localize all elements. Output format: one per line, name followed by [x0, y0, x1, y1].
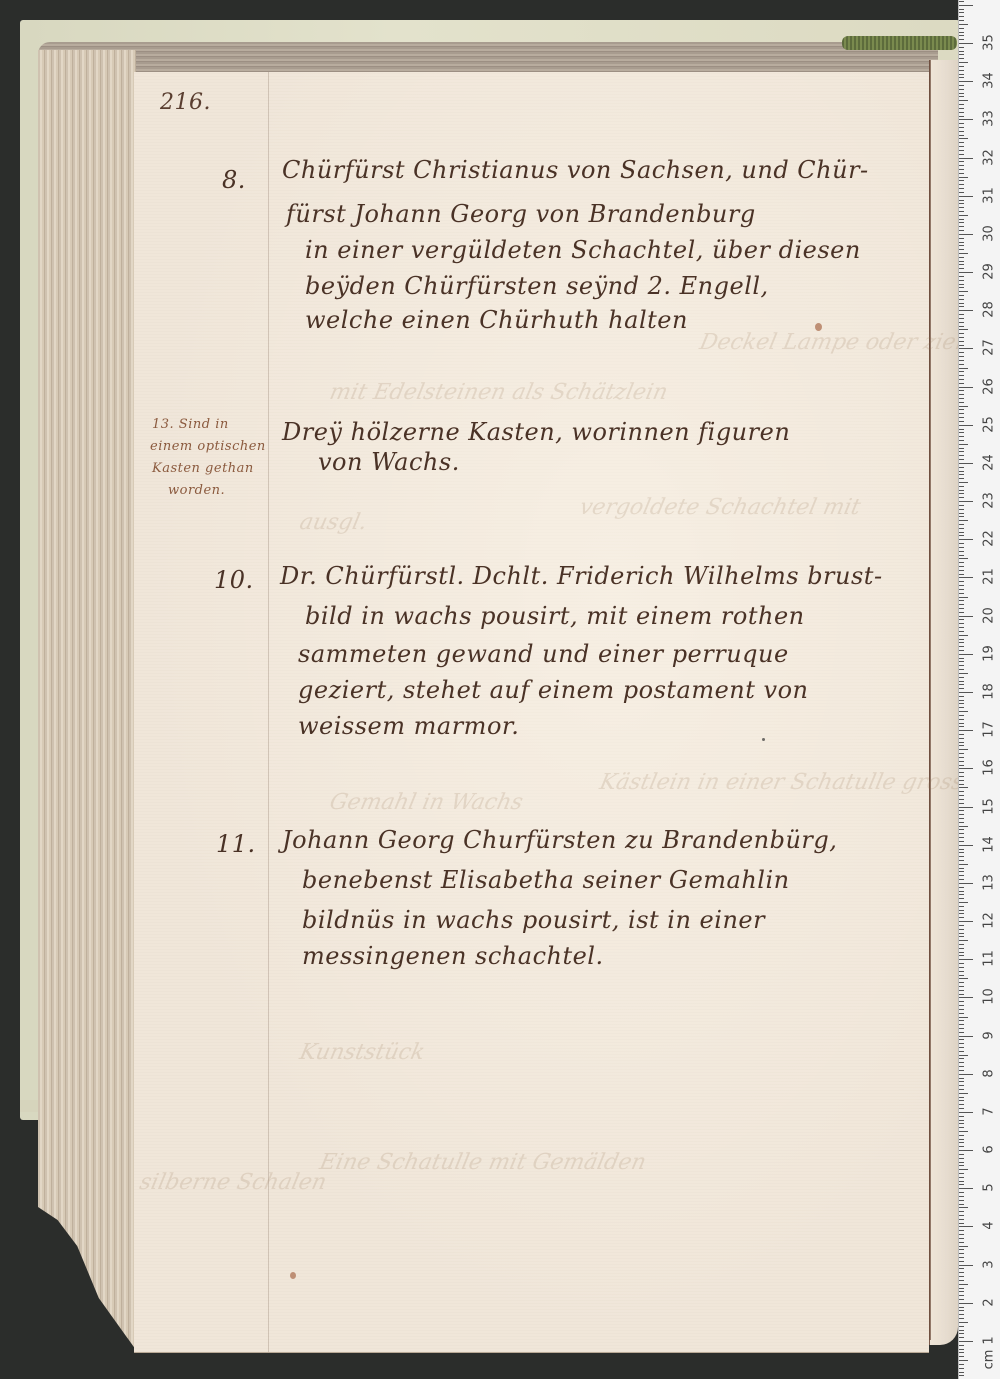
ruler-tick: [959, 257, 964, 258]
ruler-tick: [959, 841, 964, 842]
ruler-tick: [959, 868, 964, 869]
ruler-tick: [959, 1013, 964, 1014]
ruler-tick: [959, 1055, 968, 1056]
ruler-tick: [959, 287, 964, 288]
ruler-tick: [959, 409, 964, 410]
ruler-tick: [959, 184, 964, 185]
ruler-tick: [959, 1100, 964, 1101]
ruler-tick: [959, 1017, 968, 1018]
ruler-tick: [959, 994, 964, 995]
ruler-tick: [959, 978, 968, 979]
ruler-tick: [959, 219, 964, 220]
entry-line: bildnüs in wachs pousirt, ist in einer: [302, 906, 765, 934]
ruler-tick: [959, 24, 968, 25]
ruler-label: 25: [982, 412, 997, 436]
ruler-tick: [959, 425, 973, 426]
ruler-tick: [959, 581, 964, 582]
ruler-tick: [959, 169, 964, 170]
ruler-tick: [959, 665, 964, 666]
ruler-label: 3: [982, 1252, 997, 1276]
ruler-tick: [959, 681, 964, 682]
ruler-tick: [959, 1360, 968, 1361]
ruler-tick: [959, 577, 973, 578]
ruler-tick: [959, 127, 964, 128]
ruler-tick: [959, 192, 964, 193]
ruler-tick: [959, 77, 964, 78]
entry-line: Johann Georg Churfürsten zu Brandenbürg,: [282, 826, 837, 854]
ruler-tick: [959, 910, 964, 911]
ruler-tick: [959, 539, 973, 540]
entry-line: benebenst Elisabetha seiner Gemahlin: [302, 866, 790, 894]
entry-line: Dr. Chürfürstl. Dchlt. Friderich Wilhelm…: [280, 562, 883, 590]
ruler-tick: [959, 597, 968, 598]
ruler-tick: [959, 1207, 968, 1208]
ruler-tick: [959, 593, 964, 594]
ruler-tick: [959, 982, 964, 983]
margin-note-line: Kasten gethan: [152, 458, 254, 480]
ruler-tick: [959, 486, 964, 487]
ruler-tick: [959, 306, 964, 307]
ruler-tick: [959, 379, 964, 380]
ruler-tick: [959, 791, 964, 792]
bleed-through-text: Kästlein in einer Schatulle gross: [597, 770, 965, 795]
ruler-tick: [959, 135, 964, 136]
ruler-tick: [959, 1150, 973, 1151]
ruler-tick: [959, 768, 973, 769]
ruler-tick: [959, 757, 964, 758]
ruler-tick: [959, 1047, 964, 1048]
ruler-tick: [959, 482, 968, 483]
ruler-tick: [959, 1265, 973, 1266]
ruler-tick: [959, 997, 973, 998]
ruler-tick: [959, 520, 968, 521]
ruler-tick: [959, 322, 964, 323]
ruler-tick: [959, 1188, 973, 1189]
ruler-tick: [959, 814, 964, 815]
ruler-tick: [959, 1196, 964, 1197]
ruler-tick: [959, 1330, 964, 1331]
ruler-tick: [959, 1356, 964, 1357]
ruler-tick: [959, 1246, 968, 1247]
ruler-tick: [959, 196, 973, 197]
entry-line: in einer vergüldeten Schachtel, über die…: [305, 236, 861, 264]
ruler-tick: [959, 116, 964, 117]
ruler-tick: [959, 745, 964, 746]
ruler-tick: [959, 509, 964, 510]
ruler-label: 17: [982, 718, 997, 742]
ruler-tick: [959, 1341, 973, 1342]
ruler-tick: [959, 345, 964, 346]
ruler-tick: [959, 944, 964, 945]
ruler-tick: [959, 1333, 964, 1334]
ruler-tick: [959, 158, 973, 159]
ruler-tick: [959, 1116, 964, 1117]
ruler-tick: [959, 765, 964, 766]
ruler-tick: [959, 696, 964, 697]
ruler-tick: [959, 650, 964, 651]
ruler-tick: [959, 795, 964, 796]
ruler-tick: [959, 284, 964, 285]
ruler-label: 9: [982, 1023, 997, 1047]
ruler-tick: [959, 936, 964, 937]
ruler-tick: [959, 933, 964, 934]
ruler-tick: [959, 74, 964, 75]
ruler-tick: [959, 532, 964, 533]
ruler-tick: [959, 784, 964, 785]
ruler-label: 34: [982, 69, 997, 93]
ruler-tick: [959, 368, 968, 369]
ruler-tick: [959, 948, 964, 949]
entry-line: sammeten gewand und einer perruque: [298, 640, 789, 668]
ruler-tick: [959, 703, 964, 704]
ruler-tick: [959, 291, 968, 292]
ruler-tick: [959, 524, 964, 525]
ruler-tick: [959, 1032, 964, 1033]
ruler-tick: [959, 677, 964, 678]
ruler-tick: [959, 272, 973, 273]
ruler-tick: [959, 226, 964, 227]
ruler-tick: [959, 268, 964, 269]
ruler-tick: [959, 1051, 964, 1052]
ruler-tick: [959, 845, 973, 846]
ruler-tick: [959, 707, 964, 708]
gutter-fold: [929, 60, 931, 1340]
ruler-tick: [959, 547, 964, 548]
ruler-tick: [959, 646, 964, 647]
ruler-tick: [959, 215, 968, 216]
ruler-tick: [959, 1375, 964, 1376]
entry-line: fürst Johann Georg von Brandenburg: [286, 200, 756, 228]
entry-number: 8.: [222, 166, 246, 194]
ruler-tick: [959, 837, 964, 838]
ruler-tick: [959, 390, 964, 391]
ruler-label: 5: [982, 1176, 997, 1200]
ruler-tick: [959, 352, 964, 353]
ruler-tick: [959, 871, 964, 872]
ruler-label: 7: [982, 1099, 997, 1123]
ruler-tick: [959, 1058, 964, 1059]
entry-number: 11.: [216, 830, 256, 858]
ruler-tick: [959, 1139, 964, 1140]
ruler-tick: [959, 432, 964, 433]
ruler-label: 23: [982, 489, 997, 513]
ruler-tick: [959, 1349, 964, 1350]
ruler-tick: [959, 35, 964, 36]
ruler-tick: [959, 734, 964, 735]
ruler-tick: [959, 917, 964, 918]
ruler-tick: [959, 742, 964, 743]
ruler-tick: [959, 51, 964, 52]
ruler-tick: [959, 188, 964, 189]
ruler-tick: [959, 639, 964, 640]
ruler-tick: [959, 715, 964, 716]
ruler-tick: [959, 940, 968, 941]
ruler-tick: [959, 654, 973, 655]
ruler-tick: [959, 1257, 964, 1258]
ruler-label: 20: [982, 603, 997, 627]
margin-note-line: worden.: [168, 480, 225, 502]
ruler-tick: [959, 849, 964, 850]
entry-line: geziert, stehet auf einem postament von: [298, 676, 809, 704]
ruler-tick: [959, 1154, 964, 1155]
ruler-tick: [959, 459, 964, 460]
ruler-tick: [959, 451, 964, 452]
ruler-tick: [959, 43, 973, 44]
ruler-tick: [959, 1238, 964, 1239]
ruler-tick: [959, 264, 964, 265]
ruler-tick: [959, 150, 964, 151]
ruler-tick: [959, 96, 964, 97]
ruler-tick: [959, 1291, 964, 1292]
ruler-tick: [959, 879, 964, 880]
ruler-tick: [959, 1337, 964, 1338]
ruler-tick: [959, 963, 964, 964]
ruler-tick: [959, 711, 968, 712]
ruler-tick: [959, 9, 964, 10]
ruler-tick: [959, 413, 964, 414]
ruler-tick: [959, 295, 964, 296]
margin-note-line: 13. Sind in: [152, 414, 229, 436]
ruler-tick: [959, 1204, 964, 1205]
ruler-tick: [959, 131, 964, 132]
ruler-tick: [959, 1074, 973, 1075]
ruler-tick: [959, 93, 964, 94]
ruler-tick: [959, 1368, 964, 1369]
ruler-tick: [959, 261, 964, 262]
ruler-tick: [959, 883, 973, 884]
ruler-tick: [959, 280, 964, 281]
ruler-tick: [959, 562, 964, 563]
ruler-tick: [959, 585, 964, 586]
ruler-tick: [959, 1123, 964, 1124]
ruler-tick: [959, 490, 964, 491]
ruler-tick: [959, 429, 964, 430]
ruler-label: 32: [982, 145, 997, 169]
ruler-label: 29: [982, 260, 997, 284]
ruler-tick: [959, 100, 968, 101]
ruler-tick: [959, 200, 964, 201]
manuscript-scan: Deckel Lampe oder zierliche mit Edelstei…: [0, 0, 1000, 1379]
ruler-tick: [959, 566, 964, 567]
green-headband: [842, 36, 957, 50]
ruler-label: 28: [982, 298, 997, 322]
ruler-tick: [959, 642, 964, 643]
ruler-tick: [959, 692, 973, 693]
ruler-tick: [959, 555, 964, 556]
ruler-tick: [959, 58, 964, 59]
ruler-tick: [959, 505, 964, 506]
ruler-tick: [959, 112, 964, 113]
bleed-through-text: Deckel Lampe oder zierliche: [697, 330, 1000, 355]
ruler-tick: [959, 726, 964, 727]
ruler-tick: [959, 803, 964, 804]
ruler-tick: [959, 574, 964, 575]
bleed-through-text: vergoldete Schachtel mit: [577, 495, 862, 520]
ruler-label: 21: [982, 565, 997, 589]
ruler-tick: [959, 807, 973, 808]
ruler-tick: [959, 360, 964, 361]
ruler-label: 16: [982, 756, 997, 780]
ruler-tick: [959, 1184, 964, 1185]
ruler-tick: [959, 959, 973, 960]
ruler-tick: [959, 612, 964, 613]
ruler-tick: [959, 619, 964, 620]
ruler-tick: [959, 463, 973, 464]
ruler-tick: [959, 1295, 964, 1296]
ruler-tick: [959, 364, 964, 365]
ruler-tick: [959, 1200, 964, 1201]
ruler-tick: [959, 730, 973, 731]
ruler-tick: [959, 1127, 964, 1128]
ruler-tick: [959, 234, 973, 235]
ruler-tick: [959, 119, 973, 120]
ruler-tick: [959, 341, 964, 342]
ruler-tick: [959, 1020, 964, 1021]
ruler-tick: [959, 570, 964, 571]
ruler-tick: [959, 543, 964, 544]
entry-line: von Wachs.: [318, 448, 460, 476]
ruler-tick: [959, 493, 964, 494]
ruler-tick: [959, 829, 964, 830]
ruler-label: 11: [982, 947, 997, 971]
ruler-tick: [959, 142, 964, 143]
ruler-tick: [959, 1070, 964, 1071]
ruler-tick: [959, 1169, 968, 1170]
ruler-label: 22: [982, 527, 997, 551]
ruler-label: 2: [982, 1290, 997, 1314]
ruler-tick: [959, 608, 964, 609]
ruler-tick: [959, 875, 964, 876]
ruler-tick: [959, 558, 968, 559]
ruler-tick: [959, 1310, 964, 1311]
ruler-tick: [959, 589, 964, 590]
ruler-tick: [959, 1284, 968, 1285]
ruler-tick: [959, 967, 964, 968]
ruler-tick: [959, 898, 964, 899]
ruler-tick: [959, 398, 964, 399]
cm-ruler: cm 1234567891011121314151617181920212223…: [958, 0, 1000, 1379]
ruler-tick: [959, 1177, 964, 1178]
ruler-tick: [959, 444, 968, 445]
ruler-tick: [959, 66, 964, 67]
ruler-tick: [959, 772, 964, 773]
ruler-tick: [959, 448, 964, 449]
ruler-tick: [959, 925, 964, 926]
ruler-tick: [959, 326, 964, 327]
ruler-tick: [959, 421, 964, 422]
ruler-tick: [959, 635, 968, 636]
ruler-tick: [959, 627, 964, 628]
ruler-tick: [959, 1322, 968, 1323]
ruler-tick: [959, 222, 964, 223]
ruler-tick: [959, 780, 964, 781]
ruler-tick: [959, 146, 964, 147]
ruler-tick: [959, 658, 964, 659]
ruler-tick: [959, 891, 964, 892]
ruler-tick: [959, 375, 964, 376]
ruler-tick: [959, 54, 964, 55]
bleed-through-text: silberne Schalen: [137, 1170, 328, 1195]
ruler-tick: [959, 761, 964, 762]
ruler-tick: [959, 203, 964, 204]
ruler-tick: [959, 417, 964, 418]
ruler-tick: [959, 818, 964, 819]
ruler-tick: [959, 104, 964, 105]
ruler-tick: [959, 329, 968, 330]
ruler-tick: [959, 138, 968, 139]
ruler-tick: [959, 337, 964, 338]
ruler-tick: [959, 1280, 964, 1281]
ruler-tick: [959, 1211, 964, 1212]
ruler-tick: [959, 810, 964, 811]
ruler-tick: [959, 28, 964, 29]
ruler-tick: [959, 971, 964, 972]
ruler-tick: [959, 314, 964, 315]
ruler-tick: [959, 1318, 964, 1319]
entry-line: beÿden Chürfürsten seÿnd 2. Engell,: [305, 272, 769, 300]
ruler-tick: [959, 864, 968, 865]
ruler-tick: [959, 1234, 964, 1235]
ruler-tick: [959, 1192, 964, 1193]
ruler-tick: [959, 501, 973, 502]
ruler-tick: [959, 387, 973, 388]
ruler-tick: [959, 383, 964, 384]
ruler-tick: [959, 669, 964, 670]
ruler-tick: [959, 921, 973, 922]
ruler-tick: [959, 1085, 964, 1086]
ruler-tick: [959, 207, 964, 208]
ruler-tick: [959, 623, 964, 624]
ruler-tick: [959, 913, 964, 914]
ruler-tick: [959, 455, 964, 456]
ruler-label: 15: [982, 794, 997, 818]
ruler-tick: [959, 852, 964, 853]
ruler-tick: [959, 1001, 964, 1002]
ruler-tick: [959, 436, 964, 437]
ruler-tick: [959, 906, 964, 907]
ruler-tick: [959, 700, 964, 701]
ruler-tick: [959, 1, 964, 2]
page-block-left-edge: [38, 50, 136, 1350]
ruler-tick: [959, 860, 964, 861]
ruler-tick: [959, 39, 964, 40]
ruler-tick: [959, 81, 973, 82]
ruler-tick: [959, 161, 964, 162]
ruler-tick: [959, 616, 973, 617]
ruler-tick: [959, 303, 964, 304]
ruler-tick: [959, 1142, 964, 1143]
ruler-tick: [959, 1268, 964, 1269]
ruler-tick: [959, 551, 964, 552]
ruler-tick: [959, 1024, 964, 1025]
ruler-tick: [959, 776, 964, 777]
ruler-label: 6: [982, 1138, 997, 1162]
ruler-tick: [959, 1162, 964, 1163]
ink-dot: [762, 738, 765, 741]
ruler-tick: [959, 1165, 964, 1166]
ruler-tick: [959, 1223, 964, 1224]
ruler-tick: [959, 749, 968, 750]
ruler-tick: [959, 1249, 964, 1250]
ruler-tick: [959, 1146, 964, 1147]
bleed-through-text: ausgl.: [297, 510, 369, 535]
ruler-tick: [959, 1303, 973, 1304]
ruler-tick: [959, 513, 964, 514]
ruler-tick: [959, 1242, 964, 1243]
ruler-tick: [959, 929, 964, 930]
ruler-tick: [959, 32, 964, 33]
ruler-tick: [959, 1345, 964, 1346]
